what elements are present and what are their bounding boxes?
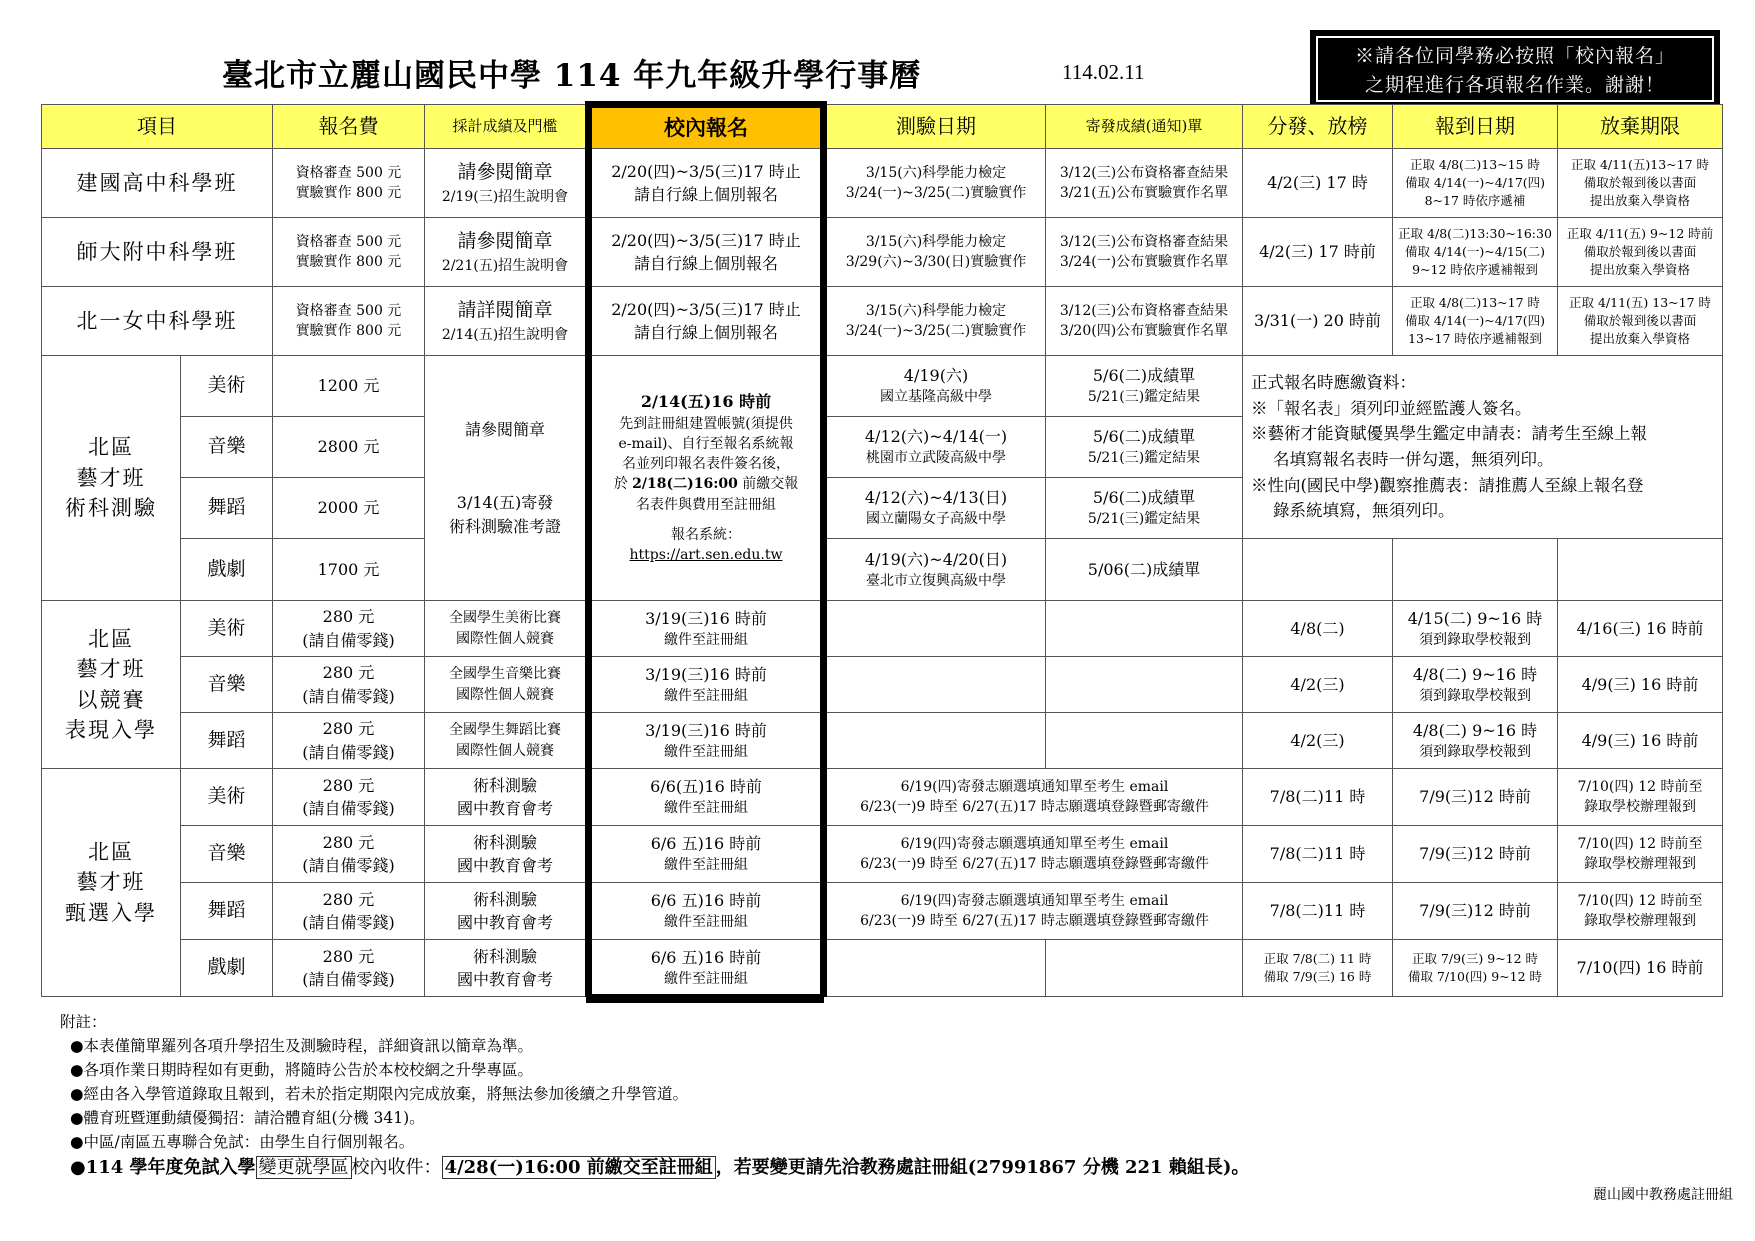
table-row-art-select-0: 北區藝才班甄選入學 美術 280 元(請自備零錢) 術科測驗國中教育會考 6/6… [42, 769, 1723, 826]
notify-line: 3/12(三)公布資格審查結果 [1048, 301, 1240, 321]
registration-system-label: 報名系統： [594, 525, 818, 545]
school-reg-line: 2/20(四)~3/5(三)17 時止 [594, 160, 818, 183]
table-row-art-comp-2: 舞蹈 280 元(請自備零錢) 全國學生舞蹈比賽國際性個人競賽 3/19(三)1… [42, 713, 1723, 769]
subject-label: 舞蹈 [181, 713, 273, 769]
school-reg-line: 請自行線上個別報名 [594, 183, 818, 206]
subject-label: 戲劇 [181, 539, 273, 601]
table-row-art-test-3: 戲劇 1700 元 4/19(六)~4/20(日)臺北市立復興高級中學 5/06… [42, 539, 1723, 601]
giveup-cell: 4/9(三) 16 時前 [1558, 657, 1723, 713]
test-line: 6/19(四)寄發志願選填通知單至考生 email [829, 891, 1240, 911]
report-cell: 7/9(三)12 時前 [1393, 769, 1558, 826]
school-reg-text: 名並列印報名表件簽名後， [594, 454, 818, 474]
release-cell: 7/8(二)11 時 [1243, 883, 1393, 940]
empty-cell [1243, 539, 1393, 601]
notify-line: 3/21(五)公布實驗實作名單 [1048, 183, 1240, 203]
test-line: 4/19(六) [829, 364, 1043, 387]
table-row-art-select-1: 音樂 280 元(請自備零錢) 術科測驗國中教育會考 6/6 五)16 時前繳件… [42, 826, 1723, 883]
empty-cell [1046, 713, 1243, 769]
note-item: ●中區/南區五專聯合免試：由學生自行個別報名。 [60, 1130, 1249, 1154]
giveup-line: 錄取學校辦理報到 [1560, 911, 1720, 931]
notice-line-1: ※請各位同學務必按照「校內報名」 [1318, 42, 1712, 71]
giveup-line: 7/10(四) 12 時前至 [1560, 777, 1720, 797]
item-name: 建國高中科學班 [42, 149, 273, 218]
report-line: 4/8(二) 9~16 時 [1395, 719, 1555, 742]
notify-line: 5/21(三)鑑定結果 [1048, 448, 1240, 468]
release-cell: 3/31(一) 20 時前 [1243, 287, 1393, 356]
school-reg-line: 3/19(三)16 時前 [594, 719, 818, 742]
group-label-art-test: 北區藝才班術科測驗 [42, 356, 181, 601]
notify-line: 5/6(二)成績單 [1048, 364, 1240, 387]
subject-label: 舞蹈 [181, 883, 273, 940]
notice-line-2: 之期程進行各項報名作業。謝謝！ [1318, 71, 1712, 100]
giveup-line: 正取 4/11(五) 9~12 時前 [1560, 225, 1720, 243]
fee-line: 實驗實作 800 元 [275, 321, 422, 341]
col-header-report-date: 報到日期 [1393, 105, 1558, 149]
col-header-test-date: 測驗日期 [824, 105, 1046, 149]
school-reg-deadline-2: 2/18(二)16:00 [632, 476, 738, 492]
report-line: 須到錄取學校報到 [1395, 630, 1555, 650]
col-header-giveup-deadline: 放棄期限 [1558, 105, 1723, 149]
test-line: 6/23(一)9 時至 6/27(五)17 時志願選填登錄暨郵寄繳件 [829, 797, 1240, 817]
release-cell: 4/8(二) [1243, 601, 1393, 657]
requirement-line: 2/19(三)招生說明會 [427, 187, 583, 207]
giveup-line: 7/10(四) 12 時前至 [1560, 834, 1720, 854]
report-cell: 7/9(三)12 時前 [1393, 883, 1558, 940]
giveup-line: 提出放棄入學資格 [1560, 192, 1720, 210]
giveup-cell: 7/10(四) 16 時前 [1558, 940, 1723, 997]
group-label-line: 藝才班 [44, 654, 178, 684]
report-line: 13~17 時依序遞補報到 [1395, 330, 1555, 348]
requirement-line: 術科測驗 [427, 888, 583, 911]
item-name: 北一女中科學班 [42, 287, 273, 356]
giveup-line: 提出放棄入學資格 [1560, 330, 1720, 348]
test-line: 4/12(六)~4/13(日) [829, 486, 1043, 509]
group-label-line: 藝才班 [44, 867, 178, 897]
test-line: 4/19(六)~4/20(日) [829, 548, 1043, 571]
release-line: 備取 7/9(三) 16 時 [1245, 968, 1390, 986]
giveup-line: 錄取學校辦理報到 [1560, 854, 1720, 874]
requirement-line: 國際性個人競賽 [427, 629, 583, 649]
requirement-line: 請參閱簡章 [427, 228, 583, 256]
empty-cell [1046, 601, 1243, 657]
school-reg-line: 請自行線上個別報名 [594, 252, 818, 275]
fee-line: (請自備零錢) [275, 629, 422, 652]
group-label-line: 北區 [44, 624, 178, 654]
subject-label: 美術 [181, 356, 273, 417]
school-reg-line: 2/20(四)~3/5(三)17 時止 [594, 298, 818, 321]
report-line: 正取 4/8(二)13:30~16:30 [1395, 225, 1555, 243]
giveup-line: 提出放棄入學資格 [1560, 261, 1720, 279]
group-label-art-comp: 北區藝才班以競賽表現入學 [42, 601, 181, 769]
remarks-cell: 正式報名時應繳資料： ※「報名表」須列印並經監護人簽名。 ※藝術才能資賦優異學生… [1243, 356, 1723, 539]
school-reg-line: 6/6 五)16 時前 [594, 832, 818, 855]
test-line: 3/29(六)~3/30(日)實驗實作 [829, 252, 1043, 272]
note-text: 校內收件： [352, 1157, 442, 1178]
test-line: 6/19(四)寄發志願選填通知單至考生 email [829, 777, 1240, 797]
fee-line: 資格審查 500 元 [275, 163, 422, 183]
table-row-art-comp-0: 北區藝才班以競賽表現入學 美術 280 元(請自備零錢) 全國學生美術比賽國際性… [42, 601, 1723, 657]
report-line: 備取 4/14(一)~4/17(四) [1395, 174, 1555, 192]
empty-cell [824, 940, 1046, 997]
school-reg-line: 2/20(四)~3/5(三)17 時止 [594, 229, 818, 252]
school-reg-text: 於 [614, 476, 632, 492]
subject-label: 音樂 [181, 417, 273, 478]
requirement-line: 國中教育會考 [427, 911, 583, 934]
fee-line: 280 元 [275, 661, 422, 684]
requirement-line: 全國學生舞蹈比賽 [427, 720, 583, 740]
schedule-table: 項目 報名費 採計成績及門檻 校內報名 測驗日期 寄發成績(通知)單 分發、放榜… [41, 101, 1723, 997]
remark-line: ※藝術才能資賦優異學生鑑定申請表：請考生至線上報 [1251, 421, 1720, 447]
note-text: ●114 學年度免試入學 [70, 1157, 256, 1178]
empty-cell [1558, 539, 1723, 601]
giveup-line: 備取於報到後以書面 [1560, 174, 1720, 192]
test-line: 4/12(六)~4/14(一) [829, 425, 1043, 448]
requirement-line: 請詳閱簡章 [427, 297, 583, 325]
release-cell: 7/8(二)11 時 [1243, 769, 1393, 826]
release-cell: 4/2(三) [1243, 657, 1393, 713]
document-date: 114.02.11 [1062, 60, 1144, 85]
group-label-line: 藝才班 [44, 463, 178, 493]
test-line: 國立蘭陽女子高級中學 [829, 509, 1043, 529]
school-reg-cell-art-test: 2/14(五)16 時前 先到註冊組建置帳號(須提供 e-mail)、自行至報名… [589, 356, 824, 601]
requirement-line: 請參閱簡章 [427, 418, 583, 441]
requirement-line: 國際性個人競賽 [427, 685, 583, 705]
subject-label: 舞蹈 [181, 478, 273, 539]
subject-label: 音樂 [181, 657, 273, 713]
release-cell: 4/2(三) [1243, 713, 1393, 769]
giveup-line: 備取於報到後以書面 [1560, 243, 1720, 261]
fee-line: (請自備零錢) [275, 685, 422, 708]
requirement-line: 請參閱簡章 [427, 159, 583, 187]
requirement-line: 國中教育會考 [427, 854, 583, 877]
school-reg-line: 繳件至註冊組 [594, 855, 818, 875]
empty-cell [824, 657, 1046, 713]
fee-line: 280 元 [275, 888, 422, 911]
school-reg-line: 3/19(三)16 時前 [594, 663, 818, 686]
notify-line: 5/21(三)鑑定結果 [1048, 509, 1240, 529]
note-highlight-box: 4/28(一)16:00 前繳交至註冊組 [442, 1156, 716, 1179]
notify-line: 5/21(三)鑑定結果 [1048, 387, 1240, 407]
table-row-science-0: 建國高中科學班 資格審查 500 元實驗實作 800 元 請參閱簡章2/19(三… [42, 149, 1723, 218]
remark-line: ※性向(國民中學)觀察推薦表：請推薦人至線上報名登 [1251, 473, 1720, 499]
group-label-line: 表現入學 [44, 715, 178, 745]
note-item: ●本表僅簡單羅列各項升學招生及測驗時程，詳細資訊以簡章為準。 [60, 1034, 1249, 1058]
group-label-line: 甄選入學 [44, 898, 178, 928]
group-label-line: 北區 [44, 432, 178, 462]
fee-cell: 1200 元 [273, 356, 425, 417]
school-reg-line: 繳件至註冊組 [594, 742, 818, 762]
page-title: 臺北市立麗山國民中學 114 年九年級升學行事曆 [222, 50, 921, 95]
fee-line: 280 元 [275, 774, 422, 797]
giveup-line: 7/10(四) 12 時前至 [1560, 891, 1720, 911]
notify-line: 5/6(二)成績單 [1048, 486, 1240, 509]
school-reg-text: 前繳交報 [738, 476, 798, 492]
fee-line: 實驗實作 800 元 [275, 183, 422, 203]
fee-line: (請自備零錢) [275, 968, 422, 991]
fee-cell: 2800 元 [273, 417, 425, 478]
school-reg-text: 名表件與費用至註冊組 [594, 495, 818, 515]
requirement-line: 術科測驗 [427, 774, 583, 797]
fee-line: 資格審查 500 元 [275, 232, 422, 252]
report-cell: 7/9(三)12 時前 [1393, 826, 1558, 883]
col-header-release: 分發、放榜 [1243, 105, 1393, 149]
note-item: ●經由各入學管道錄取且報到，若未於指定期限內完成放棄，將無法參加後續之升學管道。 [60, 1082, 1249, 1106]
group-label-art-select: 北區藝才班甄選入學 [42, 769, 181, 997]
note-item: ●各項作業日期時程如有更動，將隨時公告於本校校網之升學專區。 [60, 1058, 1249, 1082]
empty-cell [824, 713, 1046, 769]
report-line: 正取 7/9(三) 9~12 時 [1395, 950, 1555, 968]
requirement-line: 術科測驗 [427, 831, 583, 854]
remark-line: 錄系統填寫，無須列印。 [1251, 498, 1720, 524]
requirement-line: 3/14(五)寄發 [427, 491, 583, 514]
test-line: 3/15(六)科學能力檢定 [829, 232, 1043, 252]
fee-line: (請自備零錢) [275, 911, 422, 934]
fee-line: (請自備零錢) [275, 797, 422, 820]
col-header-school-registration: 校內報名 [589, 105, 824, 149]
report-line: 正取 4/8(二)13~17 時 [1395, 294, 1555, 312]
registration-system-link[interactable]: https://art.sen.edu.tw [630, 547, 783, 563]
table-row-science-1: 師大附中科學班 資格審查 500 元實驗實作 800 元 請參閱簡章2/21(五… [42, 218, 1723, 287]
report-line: 正取 4/8(二)13~15 時 [1395, 156, 1555, 174]
school-reg-line: 6/6(五)16 時前 [594, 775, 818, 798]
test-line: 3/15(六)科學能力檢定 [829, 301, 1043, 321]
report-line: 4/15(二) 9~16 時 [1395, 607, 1555, 630]
group-label-line: 以競賽 [44, 685, 178, 715]
note-text: ，若要變更請先洽教務處註冊組(27991867 分機 221 賴組長)。 [716, 1157, 1250, 1178]
release-line: 正取 7/8(二) 11 時 [1245, 950, 1390, 968]
remark-line: 名填寫報名表時一併勾選，無須列印。 [1251, 447, 1720, 473]
school-reg-line: 繳件至註冊組 [594, 798, 818, 818]
test-line: 3/24(一)~3/25(二)實驗實作 [829, 183, 1043, 203]
requirement-line: 全國學生美術比賽 [427, 608, 583, 628]
report-line: 備取 7/10(四) 9~12 時 [1395, 968, 1555, 986]
item-name: 師大附中科學班 [42, 218, 273, 287]
school-registration-column-bottom-border [586, 994, 824, 1003]
notify-line: 3/20(四)公布實驗實作名單 [1048, 321, 1240, 341]
note-item-district-change: ●114 學年度免試入學變更就學區校內收件：4/28(一)16:00 前繳交至註… [60, 1156, 1249, 1180]
giveup-cell: 4/9(三) 16 時前 [1558, 713, 1723, 769]
test-line: 國立基隆高級中學 [829, 387, 1043, 407]
release-cell: 4/2(三) 17 時前 [1243, 218, 1393, 287]
school-reg-text: 先到註冊組建置帳號(須提供 [594, 414, 818, 434]
report-line: 9~12 時依序遞補報到 [1395, 261, 1555, 279]
subject-label: 美術 [181, 601, 273, 657]
requirement-line: 術科測驗准考證 [427, 515, 583, 538]
notify-line: 3/24(一)公布實驗實作名單 [1048, 252, 1240, 272]
signature: 麗山國中教務處註冊組 [1593, 1184, 1733, 1204]
school-reg-line: 6/6 五)16 時前 [594, 889, 818, 912]
giveup-line: 正取 4/11(五)13~17 時 [1560, 156, 1720, 174]
empty-cell [824, 601, 1046, 657]
header-row: 項目 報名費 採計成績及門檻 校內報名 測驗日期 寄發成績(通知)單 分發、放榜… [42, 105, 1723, 149]
school-reg-line: 繳件至註冊組 [594, 686, 818, 706]
requirement-line: 國中教育會考 [427, 968, 583, 991]
table-row-art-test-0: 北區藝才班術科測驗 美術 1200 元 請參閱簡章 3/14(五)寄發 術科測驗… [42, 356, 1723, 417]
fee-line: 280 元 [275, 945, 422, 968]
fee-line: (請自備零錢) [275, 854, 422, 877]
giveup-cell: 4/16(三) 16 時前 [1558, 601, 1723, 657]
requirement-line: 全國學生音樂比賽 [427, 664, 583, 684]
requirement-line: 2/21(五)招生說明會 [427, 256, 583, 276]
school-reg-line: 繳件至註冊組 [594, 630, 818, 650]
test-line: 3/15(六)科學能力檢定 [829, 163, 1043, 183]
notify-line: 5/6(二)成績單 [1048, 425, 1240, 448]
requirement-line: 術科測驗 [427, 945, 583, 968]
requirement-line: 2/14(五)招生說明會 [427, 325, 583, 345]
giveup-line: 正取 4/11(五) 13~17 時 [1560, 294, 1720, 312]
test-line: 6/19(四)寄發志願選填通知單至考生 email [829, 834, 1240, 854]
empty-cell [1393, 539, 1558, 601]
school-reg-deadline: 2/14(五)16 時前 [594, 390, 818, 413]
school-reg-line: 繳件至註冊組 [594, 912, 818, 932]
requirement-line: 國際性個人競賽 [427, 741, 583, 761]
table-row-art-comp-1: 音樂 280 元(請自備零錢) 全國學生音樂比賽國際性個人競賽 3/19(三)1… [42, 657, 1723, 713]
notify-cell: 5/06(二)成績單 [1046, 539, 1243, 601]
report-line: 須到錄取學校報到 [1395, 742, 1555, 762]
note-item: ●體育班暨運動績優獨招：請洽體育組(分機 341)。 [60, 1106, 1249, 1130]
empty-cell [1046, 940, 1243, 997]
empty-cell [1046, 657, 1243, 713]
requirement-cell-art-test: 請參閱簡章 3/14(五)寄發 術科測驗准考證 [425, 356, 589, 601]
school-reg-text: e-mail)、自行至報名系統報 [594, 434, 818, 454]
requirement-line: 國中教育會考 [427, 797, 583, 820]
report-line: 備取 4/14(一)~4/15(二) [1395, 243, 1555, 261]
notify-line: 3/12(三)公布資格審查結果 [1048, 163, 1240, 183]
remarks-title: 正式報名時應繳資料： [1251, 370, 1720, 396]
fee-line: (請自備零錢) [275, 741, 422, 764]
group-label-line: 術科測驗 [44, 493, 178, 523]
report-line: 4/8(二) 9~16 時 [1395, 663, 1555, 686]
fee-line: 280 元 [275, 605, 422, 628]
test-line: 6/23(一)9 時至 6/27(五)17 時志願選填登錄暨郵寄繳件 [829, 854, 1240, 874]
table-row-science-2: 北一女中科學班 資格審查 500 元實驗實作 800 元 請詳閱簡章2/14(五… [42, 287, 1723, 356]
school-reg-line: 6/6 五)16 時前 [594, 946, 818, 969]
school-reg-line: 繳件至註冊組 [594, 969, 818, 989]
release-cell: 4/2(三) 17 時 [1243, 149, 1393, 218]
test-line: 臺北市立復興高級中學 [829, 571, 1043, 591]
subject-label: 音樂 [181, 826, 273, 883]
notice-box: ※請各位同學務必按照「校內報名」 之期程進行各項報名作業。謝謝！ [1310, 30, 1720, 108]
group-label-line: 北區 [44, 837, 178, 867]
col-header-item: 項目 [42, 105, 273, 149]
school-reg-line: 請自行線上個別報名 [594, 321, 818, 344]
notes-label: 附註： [60, 1010, 1249, 1034]
test-line: 3/24(一)~3/25(二)實驗實作 [829, 321, 1043, 341]
table-row-art-select-3: 戲劇 280 元(請自備零錢) 術科測驗國中教育會考 6/6 五)16 時前繳件… [42, 940, 1723, 997]
remark-line: ※「報名表」須列印並經監護人簽名。 [1251, 396, 1720, 422]
giveup-line: 備取於報到後以書面 [1560, 312, 1720, 330]
release-cell: 7/8(二)11 時 [1243, 826, 1393, 883]
fee-line: 實驗實作 800 元 [275, 252, 422, 272]
report-line: 8~17 時依序遞補 [1395, 192, 1555, 210]
giveup-line: 錄取學校辦理報到 [1560, 797, 1720, 817]
subject-label: 戲劇 [181, 940, 273, 997]
col-header-fee: 報名費 [273, 105, 425, 149]
test-line: 6/23(一)9 時至 6/27(五)17 時志願選填登錄暨郵寄繳件 [829, 911, 1240, 931]
table-row-art-select-2: 舞蹈 280 元(請自備零錢) 術科測驗國中教育會考 6/6 五)16 時前繳件… [42, 883, 1723, 940]
col-header-requirement: 採計成績及門檻 [425, 105, 589, 149]
fee-line: 280 元 [275, 831, 422, 854]
subject-label: 美術 [181, 769, 273, 826]
fee-line: 280 元 [275, 717, 422, 740]
report-line: 須到錄取學校報到 [1395, 686, 1555, 706]
col-header-notify: 寄發成績(通知)單 [1046, 105, 1243, 149]
fee-cell: 1700 元 [273, 539, 425, 601]
test-line: 桃園市立武陵高級中學 [829, 448, 1043, 468]
notify-line: 3/12(三)公布資格審查結果 [1048, 232, 1240, 252]
report-line: 備取 4/14(一)~4/17(四) [1395, 312, 1555, 330]
fee-line: 資格審查 500 元 [275, 301, 422, 321]
note-highlight-box: 變更就學區 [256, 1156, 352, 1179]
fee-cell: 2000 元 [273, 478, 425, 539]
notes-section: 附註： ●本表僅簡單羅列各項升學招生及測驗時程，詳細資訊以簡章為準。 ●各項作業… [60, 1010, 1249, 1180]
school-reg-line: 3/19(三)16 時前 [594, 607, 818, 630]
